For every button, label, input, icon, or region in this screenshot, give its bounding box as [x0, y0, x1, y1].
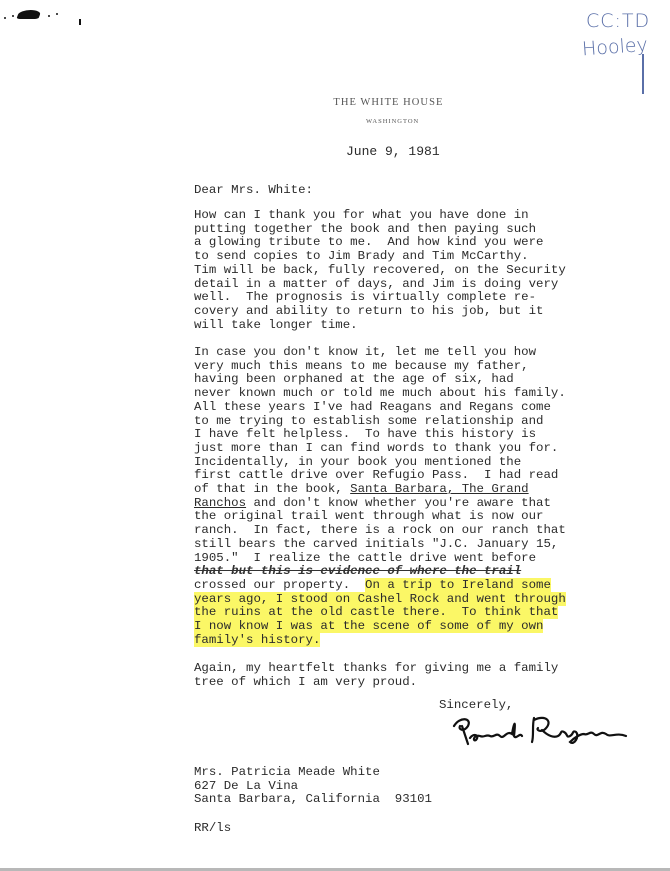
p3-line: tree of which I am very proud. [194, 676, 558, 690]
recipient-street: 627 De La Vina [194, 780, 432, 794]
p1-line: a glowing tribute to me. And how kind yo… [194, 236, 566, 250]
highlighted-text: the ruins at the old castle there. To th… [194, 605, 558, 619]
p2-line: first cattle drive over Refugio Pass. I … [194, 469, 566, 483]
p1-line: covery and ability to return to his job,… [194, 305, 566, 319]
book-title-cont: Ranchos [194, 496, 246, 510]
highlighted-text: family's history. [194, 633, 320, 647]
p1-line: well. The prognosis is virtually complet… [194, 291, 566, 305]
p2-line: 1905." I realize the cattle drive went b… [194, 552, 566, 566]
p1-line: putting together the book and then payin… [194, 223, 566, 237]
recipient-city: Santa Barbara, California 93101 [194, 793, 432, 807]
struck-line: that but this is evidence of where the t… [194, 565, 566, 579]
paragraph-2: In case you don't know it, let me tell y… [194, 346, 566, 647]
p2-line: In case you don't know it, let me tell y… [194, 346, 566, 360]
signature-icon [450, 712, 640, 748]
p2-line: just more than I can find words to thank… [194, 442, 566, 456]
p2-line: ranch. In fact, there is a rock on our r… [194, 524, 566, 538]
paragraph-3: Again, my heartfelt thanks for giving me… [194, 662, 558, 689]
p2-line: of that in the book, Santa Barbara, The … [194, 483, 566, 497]
highlighted-text: I now know I was at the scene of some of… [194, 619, 543, 633]
p2-line: the original trail went through what is … [194, 510, 566, 524]
handwritten-annotation: CC:TD Hooley [586, 10, 650, 58]
signature [450, 712, 640, 748]
highlighted-text: years ago, I stood on Cashel Rock and we… [194, 592, 566, 606]
p2-line: I have felt helpless. To have this histo… [194, 428, 566, 442]
p2-line: very much this means to me because my fa… [194, 360, 566, 374]
p2-line: family's history. [194, 634, 566, 648]
p1-line: detail in a matter of days, and Jim is d… [194, 278, 566, 292]
letterhead-title: THE WHITE HOUSE [333, 97, 443, 108]
annotation-name-line: Hooley [581, 34, 651, 61]
letterhead-subtitle: WASHINGTON [366, 118, 419, 125]
p3-line: Again, my heartfelt thanks for giving me… [194, 662, 558, 676]
p1-line: Tim will be back, fully recovered, on th… [194, 264, 566, 278]
p1-line: to send copies to Jim Brady and Tim McCa… [194, 250, 566, 264]
recipient-name: Mrs. Patricia Meade White [194, 766, 432, 780]
letter-date: June 9, 1981 [346, 145, 440, 159]
recipient-address: Mrs. Patricia Meade White 627 De La Vina… [194, 766, 432, 807]
p2-line: Incidentally, in your book you mentioned… [194, 456, 566, 470]
closing: Sincerely, [439, 699, 513, 713]
p2-line: the ruins at the old castle there. To th… [194, 606, 566, 620]
p2-line: years ago, I stood on Cashel Rock and we… [194, 593, 566, 607]
p1-line: will take longer time. [194, 319, 566, 333]
p2-line: crossed our property. On a trip to Irela… [194, 579, 566, 593]
p2-line: having been orphaned at the age of six, … [194, 373, 566, 387]
p2-line: to me trying to establish some relations… [194, 415, 566, 429]
ink-blot [0, 0, 90, 30]
p2-line: still bears the carved initials "J.C. Ja… [194, 538, 566, 552]
paragraph-1: How can I thank you for what you have do… [194, 209, 566, 332]
typist-initials: RR/ls [194, 822, 231, 836]
annotation-cc-line: CC:TD [586, 10, 650, 32]
book-title: Santa Barbara, The Grand [350, 482, 528, 496]
p2-line: Ranchos and don't know whether you're aw… [194, 497, 566, 511]
salutation: Dear Mrs. White: [194, 184, 313, 198]
p2-line: I now know I was at the scene of some of… [194, 620, 566, 634]
p2-line: All these years I've had Reagans and Reg… [194, 401, 566, 415]
p2-line: never known much or told me much about h… [194, 387, 566, 401]
highlighted-text: On a trip to Ireland some [365, 578, 551, 592]
p1-line: How can I thank you for what you have do… [194, 209, 566, 223]
